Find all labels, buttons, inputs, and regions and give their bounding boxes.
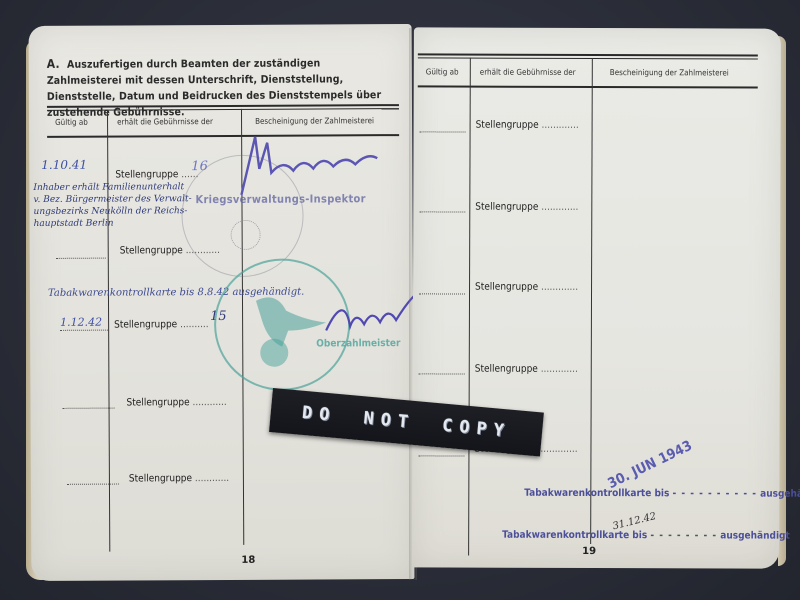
column-divider-2 [590, 58, 593, 544]
dotline-row-1 [420, 131, 466, 132]
column-header-gebuehrnisse: erhält die Gebührnisse der [117, 117, 213, 127]
dotline-row-4 [419, 373, 465, 374]
dotline-row-4 [63, 408, 115, 409]
header-rule-top [418, 53, 758, 56]
tobacco-stamp-1-suffix: ausgehändigt [760, 489, 800, 500]
stellengruppe-row-4: Stellengruppe ............. [475, 364, 578, 375]
dotline-row-2 [419, 211, 465, 212]
tobacco-stamp-1: Tabakwarenkontrollkarte bis - - - - - - … [524, 488, 800, 500]
stellengruppe-label: Stellengruppe [126, 397, 189, 408]
page-number-left: 18 [241, 555, 255, 566]
left-page: A. Auszufertigen durch Beamten der zustä… [29, 24, 415, 581]
stellengruppe-label: Stellengruppe [115, 169, 178, 180]
signature-2-icon [320, 286, 420, 347]
handwritten-date-row-1: 1.10.41 [41, 158, 87, 172]
tobacco-stamp-1-date: 30. JUN 1943 [605, 438, 694, 492]
stellengruppe-label: Stellengruppe [114, 319, 177, 330]
handwritten-tobacco-date: 31.12.42 [612, 511, 658, 532]
section-label: A. [47, 57, 60, 71]
stellengruppe-label: Stellengruppe [120, 245, 183, 256]
tobacco-stamp-2-suffix: ausgehändigt [720, 530, 790, 541]
handwritten-date-row-3: 1.12.42 [60, 316, 102, 329]
stellengruppe-label: Stellengruppe [129, 473, 192, 484]
stellengruppe-row-1: Stellengruppe ............. [476, 120, 579, 131]
column-header-bescheinigung: Bescheinigung der Zahlmeisterei [610, 68, 729, 77]
column-header-gueltig-ab: Gültig ab [55, 118, 88, 127]
tobacco-stamp-1-prefix: Tabakwarenkontrollkarte bis [524, 488, 669, 500]
dotline-row-5 [418, 455, 464, 456]
right-page: Gültig ab erhält die Gebührnisse der Bes… [412, 27, 781, 568]
signature-1-icon [237, 128, 387, 199]
stellengruppe-label: Stellengruppe [475, 282, 538, 293]
stellengruppe-label: Stellengruppe [475, 364, 538, 375]
tobacco-stamp-2-prefix: Tabakwarenkontrollkarte bis [502, 530, 647, 542]
dotline-row-3 [60, 330, 108, 331]
stellengruppe-label: Stellengruppe [476, 120, 539, 131]
column-header-gebuehrnisse: erhält die Gebührnisse der [480, 68, 576, 77]
column-header-bescheinigung: Bescheinigung der Zahlmeisterei [255, 116, 374, 126]
header-rule-top-thin [418, 57, 758, 59]
dotline-row-3 [419, 293, 465, 294]
stellengruppe-label: Stellengruppe [475, 202, 538, 213]
do-not-copy-text: DO NOT COPY [301, 403, 512, 442]
dotline-row-2 [56, 258, 106, 259]
tobacco-stamp-2: Tabakwarenkontrollkarte bis - - - - - - … [502, 530, 790, 542]
stellengruppe-row-3: Stellengruppe ............. [475, 282, 578, 293]
stellengruppe-row-5: Stellengruppe ............ [129, 473, 229, 485]
stellengruppe-row-4: Stellengruppe ............ [126, 397, 226, 409]
stellengruppe-row-2: Stellengruppe ............. [475, 202, 578, 213]
stellengruppe-row-3: Stellengruppe .......... [114, 319, 209, 330]
instructions-text: A. Auszufertigen durch Beamten der zustä… [47, 54, 397, 121]
column-divider-1 [468, 58, 471, 556]
column-header-gueltig-ab: Gültig ab [426, 67, 459, 76]
page-number-right: 19 [582, 546, 596, 557]
stellengruppe-row-1: Stellengruppe ...... [115, 169, 198, 180]
dotline-row-5 [67, 484, 119, 485]
eagle-emblem-icon [231, 220, 261, 250]
